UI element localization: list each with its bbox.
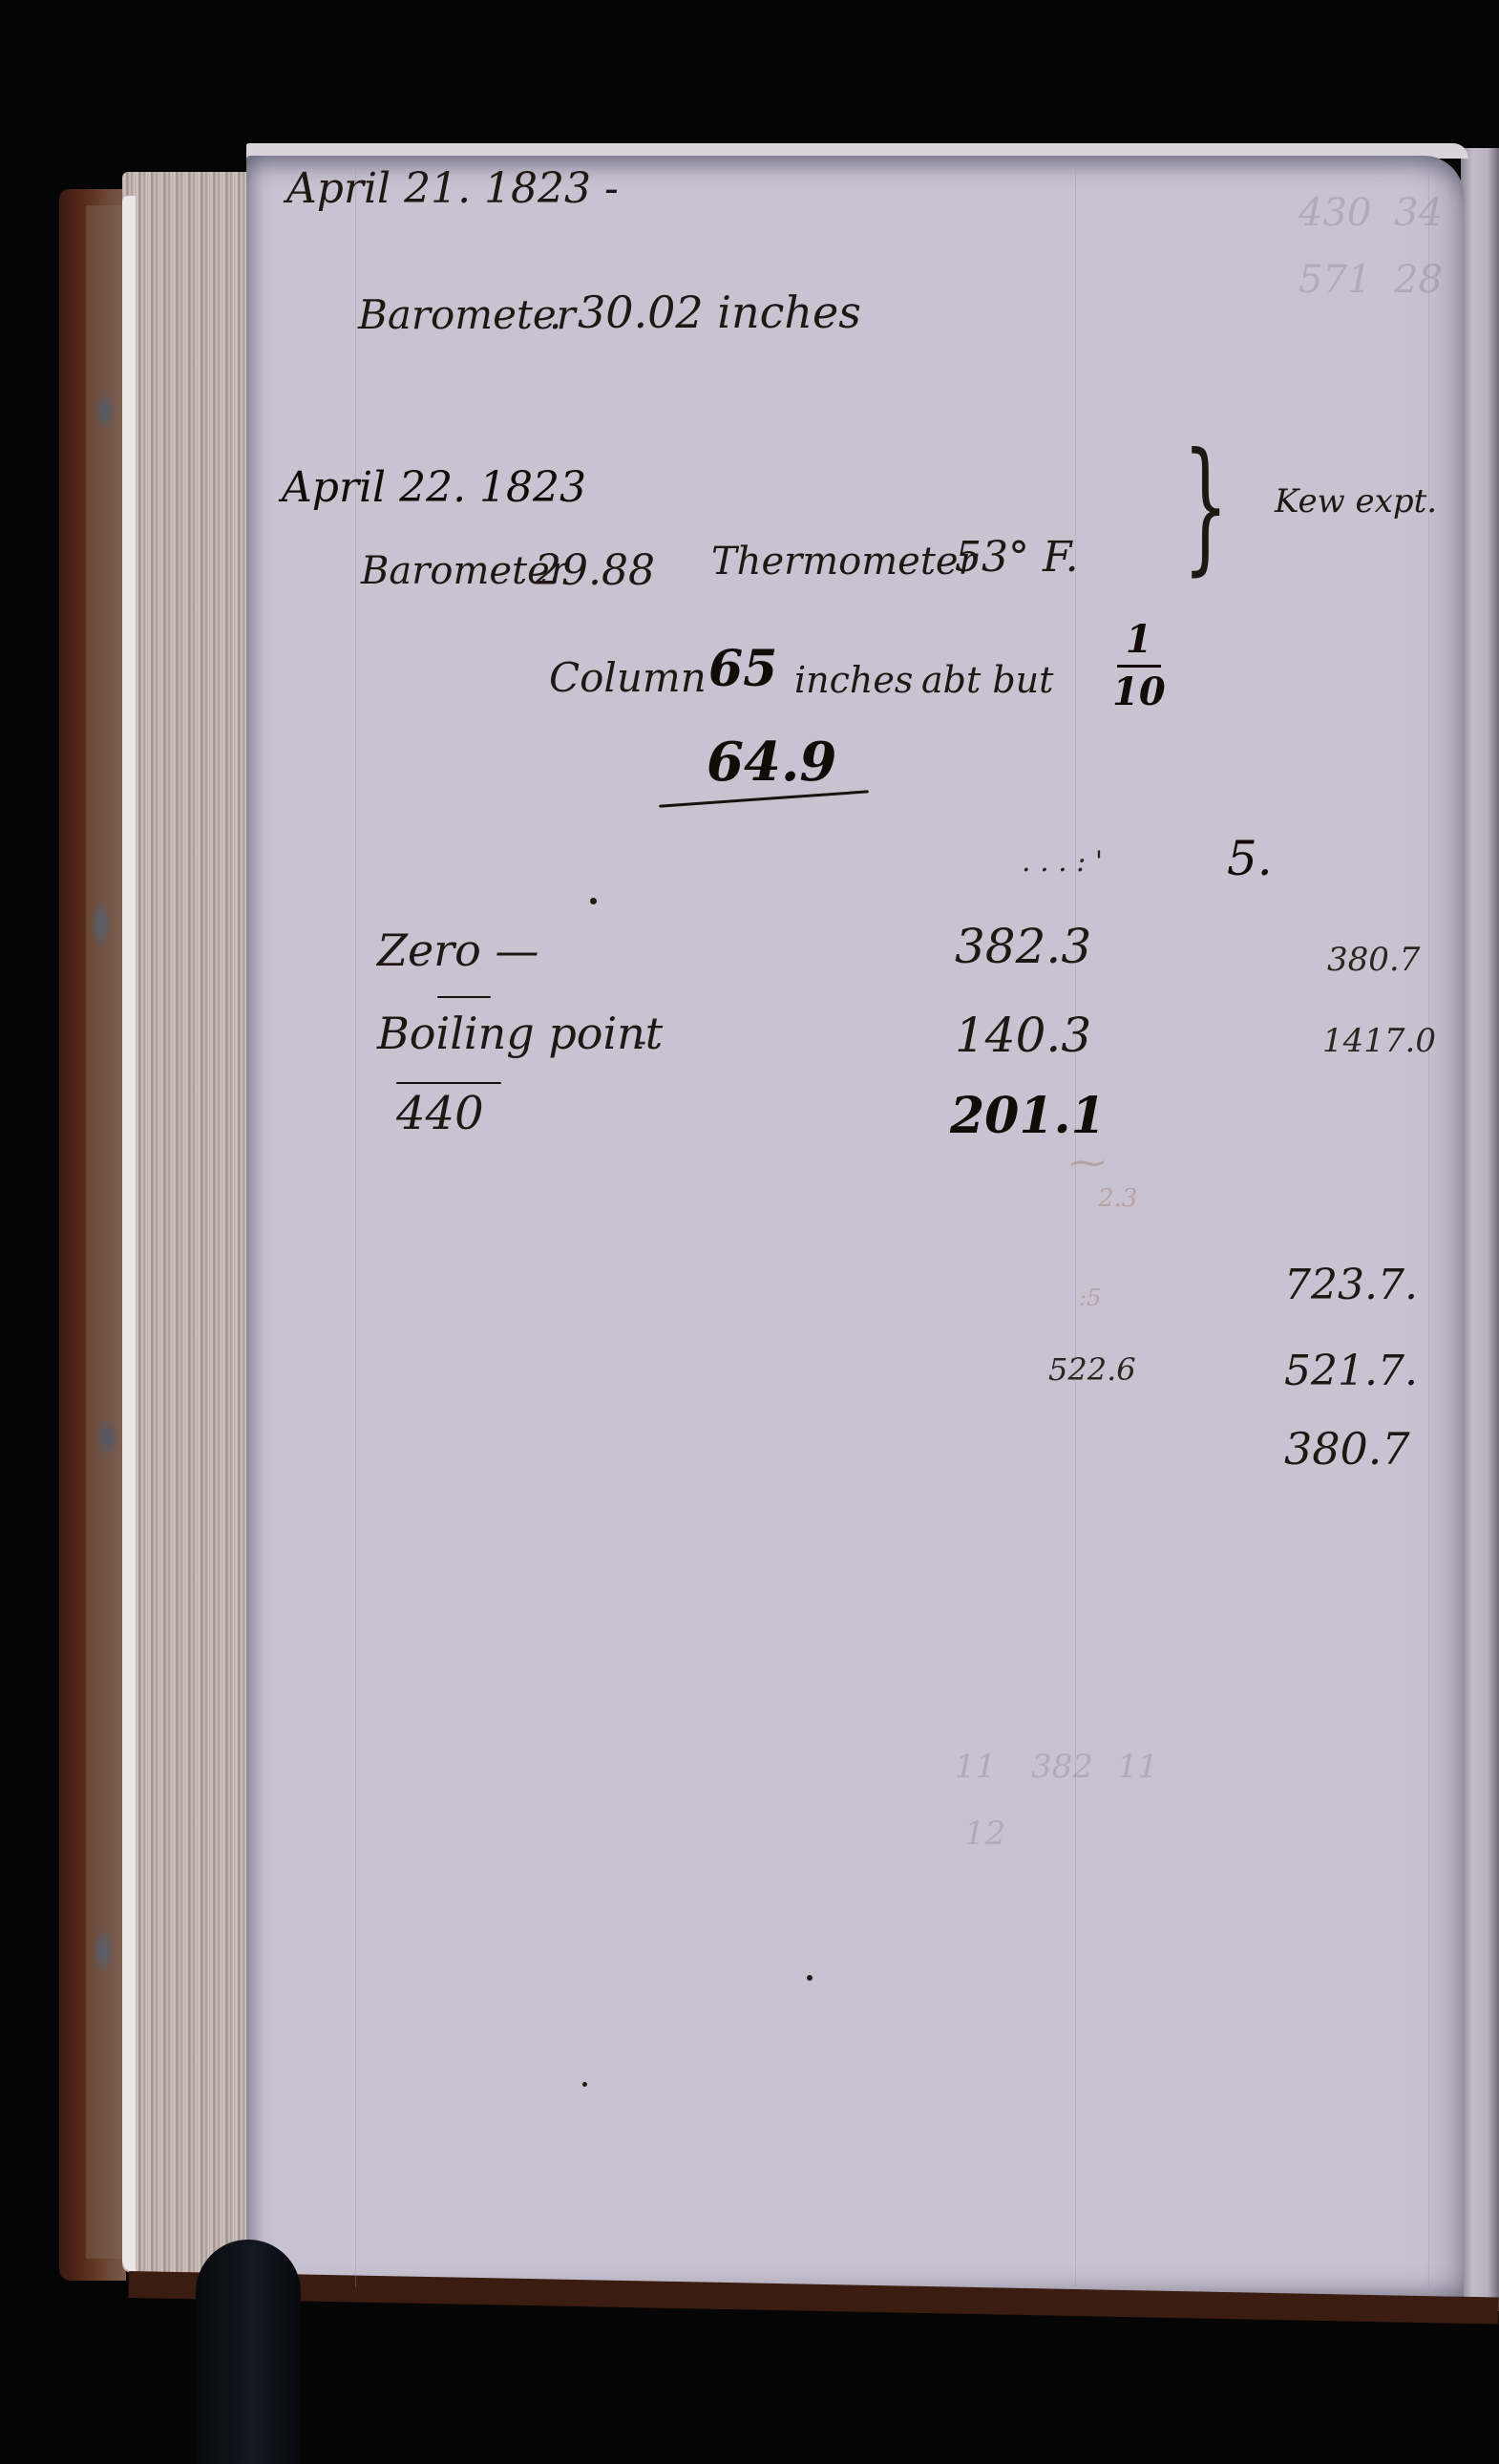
column-number: 65: [708, 640, 777, 698]
bleed-through-number: 430: [1298, 191, 1371, 235]
scratch-marks: . . . : ': [1022, 845, 1103, 879]
bleed-through-number: 34: [1394, 191, 1443, 235]
paper-speck: [807, 1975, 813, 1981]
entry-date: April 22. 1823: [282, 463, 586, 512]
row-label-440: 440: [396, 1087, 484, 1140]
thermometer-value: 53° F.: [955, 533, 1079, 582]
reading-boiling-alt: 1417.0: [1322, 1022, 1436, 1060]
label-rule: [396, 1082, 501, 1084]
reading-zero: 382.3: [955, 919, 1091, 974]
ink-dot: [590, 898, 597, 904]
thermometer-label: Thermometer: [711, 540, 977, 584]
separator: .: [549, 291, 561, 338]
bleed-through-number: 12: [964, 1815, 1005, 1853]
fraction-denominator: 10: [1112, 673, 1166, 712]
calc-value: 521.7.: [1284, 1347, 1418, 1395]
row-label-zero: Zero —: [377, 924, 539, 976]
endpaper-edge: [122, 196, 136, 2273]
ink-stain: ⁓: [1069, 1141, 1106, 1183]
fraction-bar: [1117, 665, 1161, 668]
ink-stain: :5: [1079, 1285, 1101, 1311]
paper-speck: [582, 2082, 587, 2087]
column-label: Column: [549, 654, 707, 701]
barometer-value: 29.88: [535, 546, 655, 595]
calc-value: 723.7.: [1284, 1261, 1418, 1309]
bleed-through-number: 28: [1394, 258, 1443, 302]
ink-stain: 2.3: [1098, 1184, 1137, 1213]
marbled-cover-edge: [86, 205, 124, 2259]
label-rule: [437, 996, 491, 998]
calc-value-left: 522.6: [1048, 1351, 1136, 1388]
calc-value: 380.7: [1284, 1423, 1410, 1475]
ruled-margin-line-right: [1075, 167, 1076, 2287]
reading-boiling-point: 140.3: [955, 1008, 1091, 1063]
reading-zero-alt: 380.7: [1327, 941, 1420, 979]
bleed-through-number: 11: [955, 1748, 996, 1786]
fraction-numerator: 1: [1126, 621, 1152, 659]
bleed-through-number: 571: [1298, 258, 1371, 302]
barometer-label: Barometer: [358, 291, 576, 338]
reading-difference: 201.1: [950, 1087, 1106, 1145]
page-stack-edges: [122, 172, 251, 2273]
facing-page-edge: [1461, 148, 1499, 2311]
brace-mark: }: [1183, 435, 1229, 578]
dash-mark: -: [635, 1022, 646, 1061]
column-unit: inches: [794, 659, 913, 701]
bleed-through-number: 382: [1031, 1748, 1093, 1786]
thumb: [196, 2240, 301, 2464]
margin-note: Kew expt.: [1275, 482, 1437, 520]
row-label-boiling-point: Boiling point: [377, 1008, 663, 1059]
header-mark: 5.: [1227, 831, 1273, 886]
column-qualifier: abt but: [921, 659, 1053, 701]
fraction-one-tenth: 1 10: [1112, 621, 1166, 712]
bleed-through-number: 11: [1117, 1748, 1158, 1786]
column-result: 64.9: [707, 731, 836, 794]
entry-date: April 21. 1823 -: [286, 164, 619, 213]
barometer-value: 30.02 inches: [578, 287, 861, 338]
